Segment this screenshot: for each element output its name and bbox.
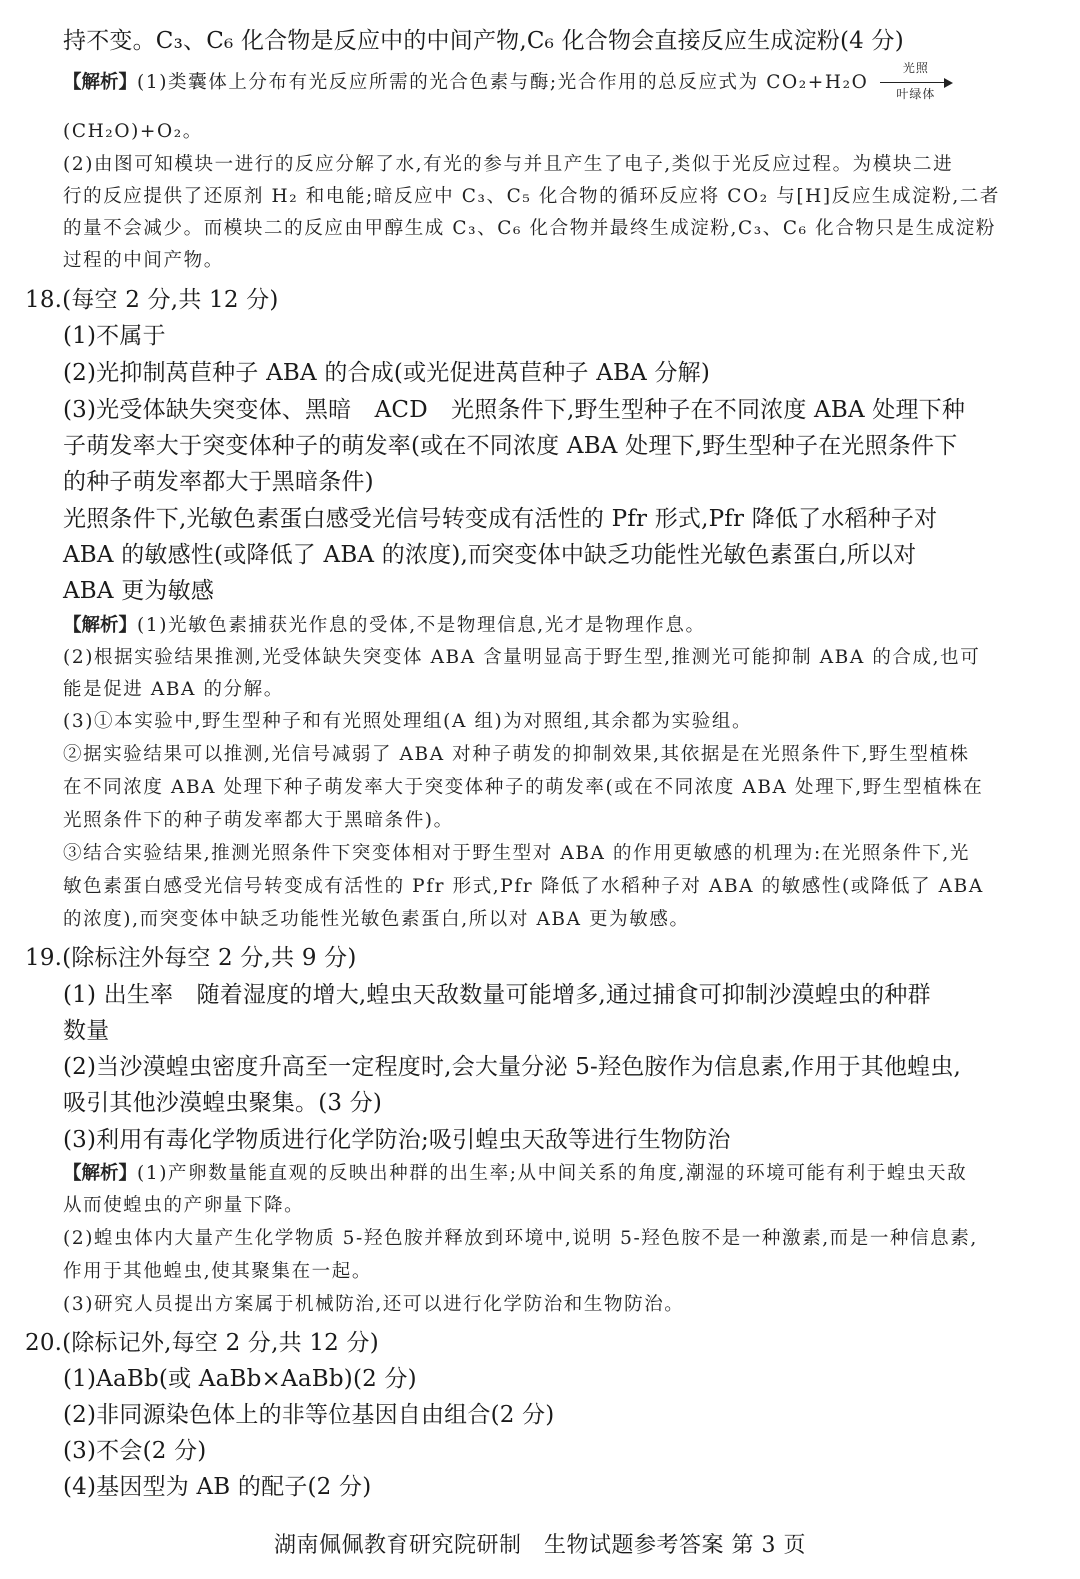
q20-answer: (1)AaBb(或 AaBb×AaBb)(2 分) (63, 1360, 417, 1393)
analysis-text: (1)类囊体上分布有光反应所需的光合色素与酶;光合作用的总反应式为 CO₂+H₂… (137, 72, 868, 93)
q19-analysis-line: (2)蝗虫体内大量产生化学物质 5-羟色胺并释放到环境中,说明 5-羟色胺不是一… (63, 1224, 978, 1250)
q17-answer-continuation: 持不变。C₃、C₆ 化合物是反应中的中间产物,C₆ 化合物会直接反应生成淀粉(4… (63, 22, 904, 55)
q18-analysis-line: ③结合实验结果,推测光照条件下突变体相对于野生型对 ABA 的作用更敏感的机理为… (63, 839, 970, 865)
q18-analysis-line: 敏色素蛋白感受光信号转变成有活性的 Pfr 形式,Pfr 降低了水稻种子对 AB… (63, 872, 984, 898)
arrow-condition-top: 光照 (880, 59, 952, 76)
q18-answer: (2)光抑制莴苣种子 ABA 的合成(或光促进莴苣种子 ABA 分解) (63, 354, 710, 387)
reaction-arrow-icon: 光照 叶绿体 (880, 73, 952, 93)
q18-analysis-line: 能是促进 ABA 的分解。 (63, 675, 284, 701)
q18-answer: ABA 更为敏感 (63, 572, 214, 605)
q20-answer: (3)不会(2 分) (63, 1432, 206, 1465)
q17-analysis-2-line: 过程的中间产物。 (63, 246, 224, 272)
analysis-text: (1)光敏色素捕获光作息的受体,不是物理信息,光才是物理作息。 (137, 615, 706, 636)
q19-analysis-line: 作用于其他蝗虫,使其聚集在一起。 (63, 1257, 372, 1283)
analysis-text: (1)产卵数量能直观的反映出种群的出生率;从中间关系的角度,潮湿的环境可能有利于… (137, 1163, 967, 1184)
q17-analysis-2-line: (2)由图可知模块一进行的反应分解了水,有光的参与并且产生了电子,类似于光反应过… (63, 150, 953, 176)
q19-answer: (2)当沙漠蝗虫密度升高至一定程度时,会大量分泌 5-羟色胺作为信息素,作用于其… (63, 1048, 961, 1081)
q18-analysis-line: 的浓度),而突变体中缺乏功能性光敏色素蛋白,所以对 ABA 更为敏感。 (63, 905, 690, 931)
q18-analysis-line: ②据实验结果可以推测,光信号减弱了 ABA 对种子萌发的抑制效果,其依据是在光照… (63, 740, 970, 766)
q18-analysis: 【解析】(1)光敏色素捕获光作息的受体,不是物理信息,光才是物理作息。 (63, 611, 706, 637)
q18-analysis-line: 光照条件下的种子萌发率都大于黑暗条件)。 (63, 806, 454, 832)
q18-header: 18.(每空 2 分,共 12 分) (25, 281, 279, 314)
q18-answer: 的种子萌发率都大于黑暗条件) (63, 463, 374, 496)
q18-answer: (3)光受体缺失突变体、黑暗 ACD 光照条件下,野生型种子在不同浓度 ABA … (63, 391, 965, 424)
q20-answer: (4)基因型为 AB 的配子(2 分) (63, 1468, 371, 1501)
q17-analysis-2-line: 行的反应提供了还原剂 H₂ 和电能;暗反应中 C₃、C₅ 化合物的循环反应将 C… (63, 182, 1000, 208)
q17-analysis-1-end: (CH₂O)+O₂。 (63, 117, 203, 143)
q18-analysis-line: (3)①本实验中,野生型种子和有光照处理组(A 组)为对照组,其余都为实验组。 (63, 707, 752, 733)
q19-analysis-line: 从而使蝗虫的产卵量下降。 (63, 1191, 304, 1217)
arrow-condition-bottom: 叶绿体 (880, 85, 952, 102)
q17-analysis-1: 【解析】(1)类囊体上分布有光反应所需的光合色素与酶;光合作用的总反应式为 CO… (63, 68, 952, 94)
q19-header: 19.(除标注外每空 2 分,共 9 分) (25, 939, 357, 972)
q18-analysis-line: 在不同浓度 ABA 处理下种子萌发率大于突变体种子的萌发率(或在不同浓度 ABA… (63, 773, 983, 799)
q19-answer: (3)利用有毒化学物质进行化学防治;吸引蝗虫天敌等进行生物防治 (63, 1121, 731, 1154)
analysis-tag: 【解析】 (63, 615, 137, 636)
q19-answer: 吸引其他沙漠蝗虫聚集。(3 分) (63, 1084, 382, 1117)
q20-answer: (2)非同源染色体上的非等位基因自由组合(2 分) (63, 1396, 554, 1429)
q18-analysis-line: (2)根据实验结果推测,光受体缺失突变体 ABA 含量明显高于野生型,推测光可能… (63, 643, 980, 669)
answer-key-page: 持不变。C₃、C₆ 化合物是反应中的中间产物,C₆ 化合物会直接反应生成淀粉(4… (0, 0, 1080, 1579)
page-footer: 湖南佩佩教育研究院研制 生物试题参考答案 第 3 页 (0, 1528, 1080, 1559)
q20-header: 20.(除标记外,每空 2 分,共 12 分) (25, 1324, 379, 1357)
analysis-tag: 【解析】 (63, 1163, 137, 1184)
q18-answer: 光照条件下,光敏色素蛋白感受光信号转变成有活性的 Pfr 形式,Pfr 降低了水… (63, 500, 937, 533)
q18-answer: 子萌发率大于突变体种子的萌发率(或在不同浓度 ABA 处理下,野生型种子在光照条… (63, 427, 957, 460)
q19-answer: (1) 出生率 随着湿度的增大,蝗虫天敌数量可能增多,通过捕食可抑制沙漠蝗虫的种… (63, 976, 931, 1009)
q18-answer: (1)不属于 (63, 317, 166, 350)
q17-analysis-2-line: 的量不会减少。而模块二的反应由甲醇生成 C₃、C₆ 化合物并最终生成淀粉,C₃、… (63, 214, 996, 240)
q19-analysis: 【解析】(1)产卵数量能直观的反映出种群的出生率;从中间关系的角度,潮湿的环境可… (63, 1159, 967, 1185)
q18-answer: ABA 的敏感性(或降低了 ABA 的浓度),而突变体中缺乏功能性光敏色素蛋白,… (63, 536, 916, 569)
q19-answer: 数量 (63, 1012, 109, 1045)
analysis-tag: 【解析】 (63, 72, 137, 93)
q19-analysis-line: (3)研究人员提出方案属于机械防治,还可以进行化学防治和生物防治。 (63, 1290, 684, 1316)
